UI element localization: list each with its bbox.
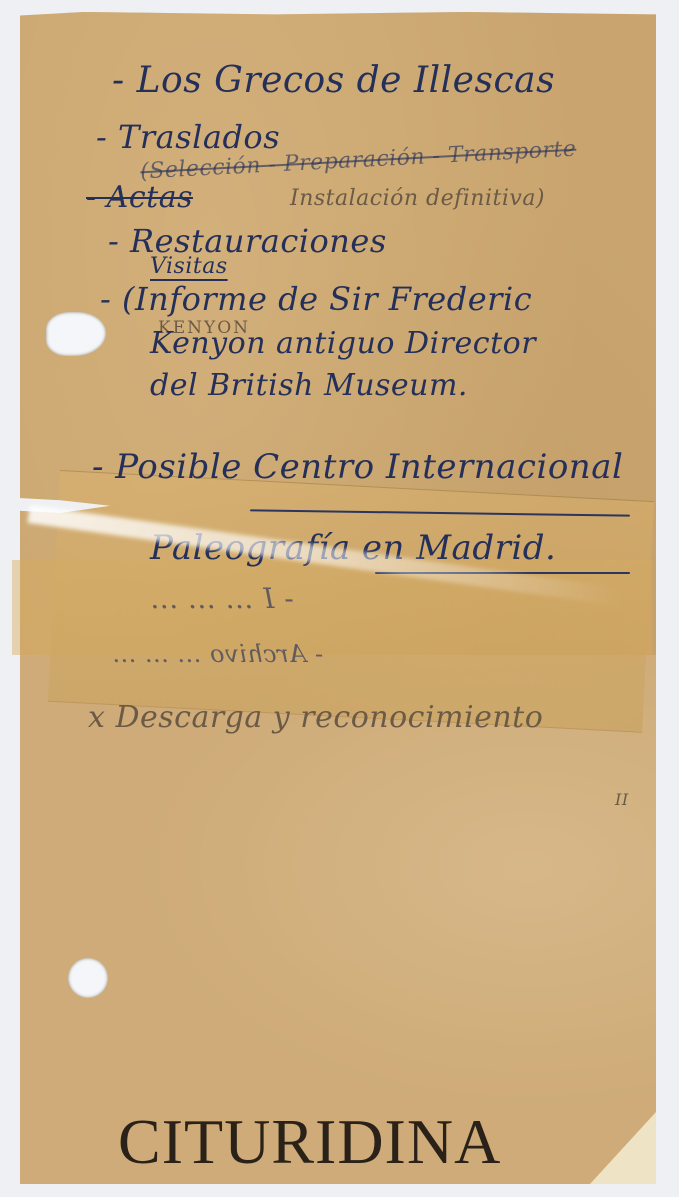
note-line-director: Kenyon antiguo Director — [150, 326, 536, 361]
note-line-actas-struck: - Actas — [86, 180, 193, 215]
note-line-centro-internacional: - Posible Centro Internacional — [92, 447, 623, 487]
adhesive-tape — [48, 470, 654, 733]
printed-footer-citurudina: CITURIDINA — [118, 1105, 501, 1179]
note-line-instalacion: Instalación definitiva) — [290, 186, 545, 211]
note-line-visitas: Visitas — [150, 254, 228, 279]
bleed-through-line-1: - I ... ... ... — [150, 582, 294, 615]
note-line-british-museum: del British Museum. — [150, 368, 468, 403]
note-line-descarga: x Descarga y reconocimiento — [88, 700, 543, 735]
note-line-informe: - (Informe de Sir Frederic — [100, 280, 532, 318]
page-mark: II — [615, 790, 629, 809]
note-line-grecos: - Los Grecos de Illescas — [112, 60, 555, 101]
note-line-traslados: - Traslados — [96, 118, 280, 156]
bleed-through-line-2: - Archivo ... ... ... — [112, 640, 323, 668]
punch-hole-bottom — [68, 958, 108, 998]
